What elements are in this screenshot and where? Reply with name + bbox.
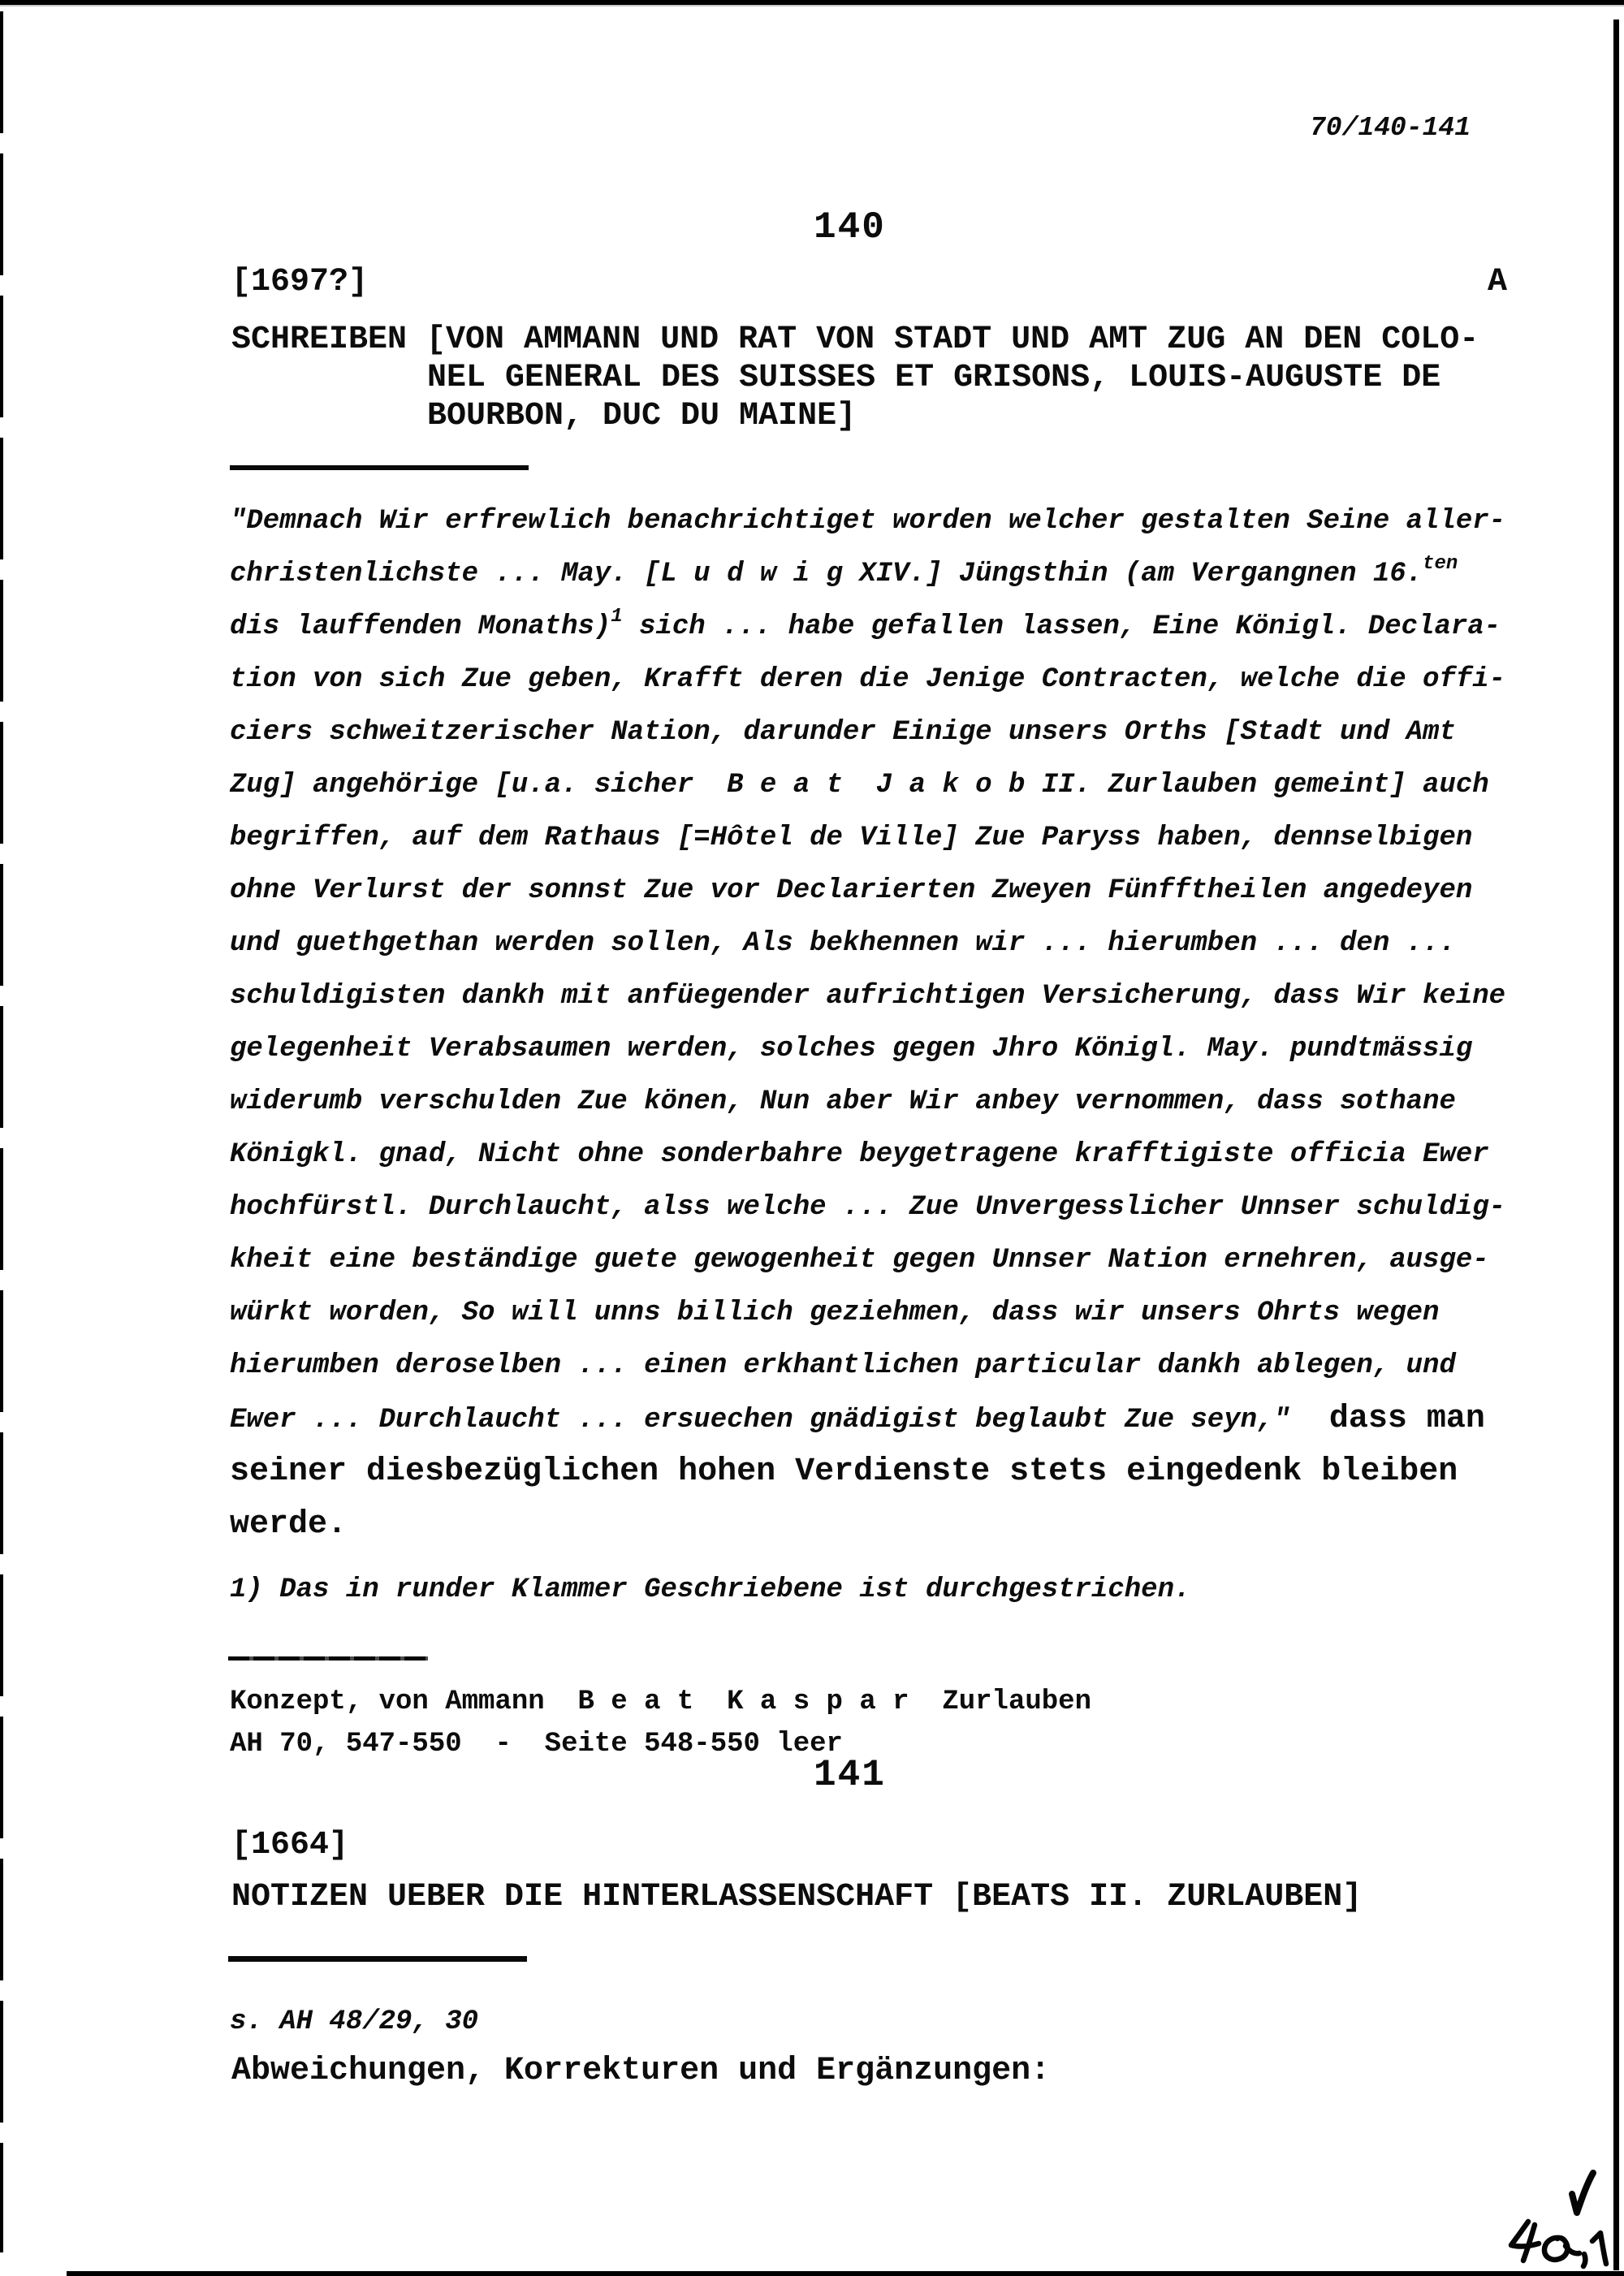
quote-line: Ewer ... Durchlaucht ... ersuechen gnädi… bbox=[230, 1393, 1545, 1445]
quote-segment: dis lauffenden Monaths) bbox=[230, 611, 611, 642]
quote-line: werde. bbox=[230, 1498, 1545, 1551]
quote-line: gelegenheit Verabsaumen werden, solches … bbox=[230, 1023, 1545, 1076]
entry-141-date: [1664] bbox=[231, 1829, 348, 1862]
quote-line: Königkl. gnad, Nicht ohne sonderbahre be… bbox=[230, 1129, 1545, 1181]
quote-line: begriffen, auf dem Rathaus [=Hôtel de Vi… bbox=[230, 812, 1545, 865]
quote-segment: hochfürstl. Durchlaucht, alss welche ...… bbox=[230, 1192, 1505, 1223]
title-line: SCHREIBEN [VON AMMANN UND RAT VON STADT … bbox=[231, 321, 1479, 359]
quote-segment: "Demnach Wir erfrewlich benachrichtiget … bbox=[230, 506, 1505, 537]
quote-line: tion von sich Zue geben, Krafft deren di… bbox=[230, 654, 1545, 706]
quote-segment: Zug] angehörige [u.a. sicher B e a t J a… bbox=[230, 770, 1489, 801]
quote-segment: widerumb verschulden Zue könen, Nun aber… bbox=[230, 1086, 1456, 1117]
entry-140-marginal-letter: A bbox=[1488, 266, 1507, 299]
entry-141-title: NOTIZEN UEBER DIE HINTERLASSENSCHAFT [BE… bbox=[231, 1881, 1362, 1914]
title-separator-rule bbox=[230, 465, 529, 470]
handwritten-number bbox=[1511, 2222, 1606, 2266]
quote-segment: und guethgethan werden sollen, Als bekhe… bbox=[230, 928, 1456, 959]
quote-line: seiner diesbezüglichen hohen Verdienste … bbox=[230, 1445, 1545, 1498]
scan-border-bottom bbox=[67, 2271, 1624, 2276]
title-line: NEL GENERAL DES SUISSES ET GRISONS, LOUI… bbox=[231, 359, 1479, 397]
quote-block: "Demnach Wir erfrewlich benachrichtiget … bbox=[230, 495, 1545, 1551]
entry-141-number: 141 bbox=[814, 1756, 886, 1794]
quote-segment: tion von sich Zue geben, Krafft deren di… bbox=[230, 664, 1505, 695]
title-line: BOURBON, DUC DU MAINE] bbox=[231, 397, 1479, 435]
document-scan-page: 70/140-141 140 [1697?] A SCHREIBEN [VON … bbox=[0, 0, 1624, 2276]
quote-line: Zug] angehörige [u.a. sicher B e a t J a… bbox=[230, 759, 1545, 812]
quote-segment: ohne Verlurst der sonnst Zue vor Declari… bbox=[230, 875, 1472, 906]
superscript: 1 bbox=[611, 606, 622, 628]
quote-line: ohne Verlurst der sonnst Zue vor Declari… bbox=[230, 865, 1545, 918]
quote-segment: werde. bbox=[230, 1506, 347, 1543]
folio-number: 70/140-141 bbox=[1310, 114, 1471, 141]
quote-segment: begriffen, auf dem Rathaus [=Hôtel de Vi… bbox=[230, 823, 1472, 853]
scan-border-left bbox=[0, 11, 3, 2252]
entry-140-number: 140 bbox=[814, 209, 886, 246]
quote-line: kheit eine beständige guete gewogenheit … bbox=[230, 1234, 1545, 1287]
source-konzept-line: Konzept, von Ammann B e a t K a s p a r … bbox=[230, 1688, 1091, 1716]
quote-segment: kheit eine beständige guete gewogenheit … bbox=[230, 1245, 1489, 1276]
entry-141-separator-rule bbox=[228, 1956, 527, 1962]
quote-segment: christenlichste ... May. [L u d w i g XI… bbox=[230, 559, 1423, 590]
entry-140-date: [1697?] bbox=[231, 266, 368, 299]
quote-segment: dass man bbox=[1290, 1401, 1485, 1437]
quote-line: christenlichste ... May. [L u d w i g XI… bbox=[230, 548, 1545, 601]
quote-line: schuldigisten dankh mit anfüegender aufr… bbox=[230, 970, 1545, 1023]
quote-line: "Demnach Wir erfrewlich benachrichtiget … bbox=[230, 495, 1545, 548]
handwritten-checkmark-icon bbox=[1572, 2173, 1593, 2213]
quote-line: hierumben deroselben ... einen erkhantli… bbox=[230, 1340, 1545, 1393]
quote-segment: schuldigisten dankh mit anfüegender aufr… bbox=[230, 981, 1505, 1012]
quote-segment: würkt worden, So will unns billich gezie… bbox=[230, 1298, 1439, 1328]
entry-141-reference: s. AH 48/29, 30 bbox=[230, 2008, 478, 2036]
quote-segment: seiner diesbezüglichen hohen Verdienste … bbox=[230, 1453, 1458, 1490]
superscript: ten bbox=[1423, 553, 1458, 575]
source-separator-rule bbox=[228, 1656, 428, 1661]
handwritten-annotation bbox=[1501, 2163, 1622, 2270]
scan-border-top-shadow bbox=[0, 5, 1624, 6]
quote-segment: Ewer ... Durchlaucht ... ersuechen gnädi… bbox=[230, 1405, 1290, 1436]
quote-segment: Königkl. gnad, Nicht ohne sonderbahre be… bbox=[230, 1139, 1489, 1170]
source-archive-line: AH 70, 547-550 - Seite 548-550 leer bbox=[230, 1730, 843, 1758]
quote-line: widerumb verschulden Zue könen, Nun aber… bbox=[230, 1076, 1545, 1129]
quote-segment: ciers schweitzerischer Nation, darunder … bbox=[230, 717, 1456, 748]
entry-140-title: SCHREIBEN [VON AMMANN UND RAT VON STADT … bbox=[231, 321, 1479, 435]
quote-segment: hierumben deroselben ... einen erkhantli… bbox=[230, 1350, 1456, 1381]
footnote-1: 1) Das in runder Klammer Geschriebene is… bbox=[230, 1576, 1190, 1604]
quote-segment: gelegenheit Verabsaumen werden, solches … bbox=[230, 1034, 1472, 1065]
quote-line: ciers schweitzerischer Nation, darunder … bbox=[230, 706, 1545, 759]
quote-line: würkt worden, So will unns billich gezie… bbox=[230, 1287, 1545, 1340]
quote-line: und guethgethan werden sollen, Als bekhe… bbox=[230, 918, 1545, 970]
quote-line: dis lauffenden Monaths)1 sich ... habe g… bbox=[230, 601, 1545, 654]
quote-line: hochfürstl. Durchlaucht, alss welche ...… bbox=[230, 1181, 1545, 1234]
quote-segment: sich ... habe gefallen lassen, Eine Köni… bbox=[623, 611, 1501, 642]
scan-border-right bbox=[1613, 19, 1619, 2270]
entry-141-subheading: Abweichungen, Korrekturen und Ergänzunge… bbox=[231, 2055, 1050, 2088]
